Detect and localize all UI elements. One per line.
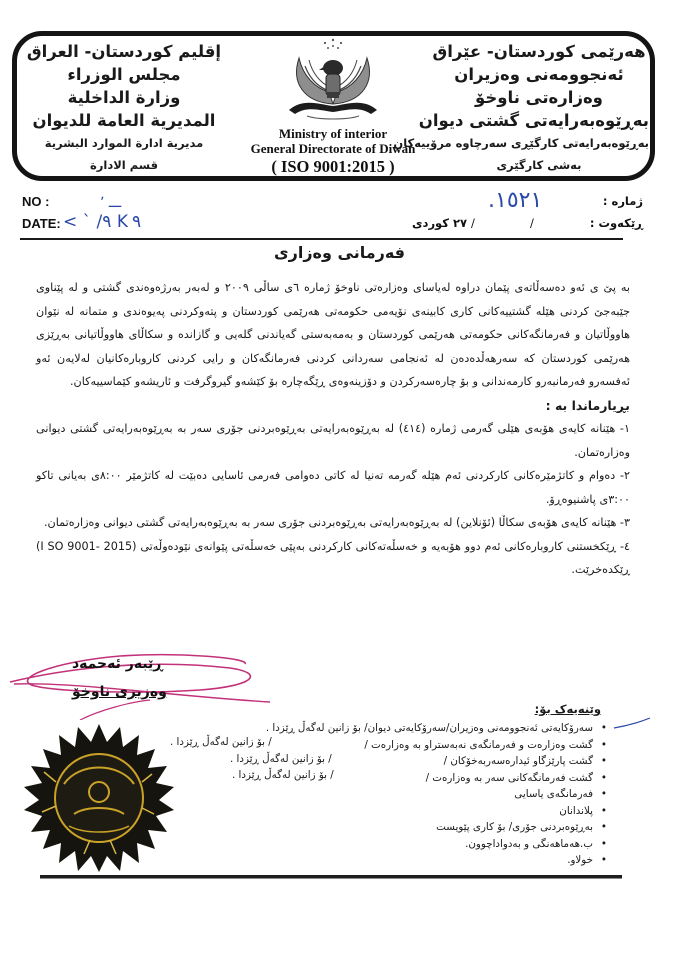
kurdistan-emblem-icon bbox=[273, 36, 393, 126]
header-divider bbox=[20, 238, 623, 240]
directorate-name-en: General Directorate of Diwan bbox=[238, 141, 428, 156]
admin-section-ku: بەشی کارگێری bbox=[429, 154, 649, 176]
ministry-ar: وزارة الداخلية bbox=[14, 86, 234, 109]
directorate-ku: بەڕێوەبەرایەتی گشتی دیوان bbox=[429, 109, 649, 132]
region-name-ar: إقليم كوردستان- العراق bbox=[14, 40, 234, 63]
cc-item: بەڕێوەبردنی جۆری/ بۆ کاری پێویست bbox=[266, 819, 607, 836]
gold-seal-icon bbox=[24, 722, 174, 872]
date-separator: / bbox=[530, 216, 534, 230]
number-label-ku: ژمارە : bbox=[603, 194, 643, 208]
cc-list: سەرۆکایەتی ئەنجوومەنی وەزیران/سەرۆکایەتی… bbox=[266, 720, 607, 869]
decree-body: بە پێ ی ئەو دەسەڵاتەی پێمان دراوە لەیاسا… bbox=[36, 276, 630, 582]
directorate-ar: المديرية العامة للديوان bbox=[14, 109, 234, 132]
cc-item: ب.هەماهەنگی و بەدواداچوون. bbox=[266, 836, 607, 853]
iso-certification: ( ISO 9001:2015 ) bbox=[238, 156, 428, 178]
decision-item-3: ٣- هێنانە کایەی هۆبەی سکاڵا (ئۆنلاین) لە… bbox=[36, 511, 630, 535]
ministry-ku: وەزارەتی ناوخۆ bbox=[429, 86, 649, 109]
cc-item: سەرۆکایەتی ئەنجوومەنی وەزیران/سەرۆکایەتی… bbox=[266, 720, 607, 737]
council-ku: ئەنجوومەنی وەزیران bbox=[429, 63, 649, 86]
letterhead-center: Ministry of interior General Directorate… bbox=[238, 36, 428, 178]
footer-divider bbox=[40, 875, 622, 878]
cc-note: / بۆ زانین لەگەڵ ڕێزدا . bbox=[170, 736, 272, 748]
date-label-ku: ڕێکەوت : bbox=[590, 216, 643, 230]
preamble-paragraph: بە پێ ی ئەو دەسەڵاتەی پێمان دراوە لەیاسا… bbox=[36, 276, 630, 394]
decision-item-4: ٤- ڕێکخستنی کاروبارەکانی ئەم دوو هۆبەیە … bbox=[36, 535, 630, 582]
signatory-title: وەزیری ناوخۆ bbox=[72, 684, 167, 700]
cc-item: فەرمانگەی یاسایی bbox=[266, 786, 607, 803]
decision-item-1: ١- هێنانە کایەی هۆبەی هێلی گەرمی ژمارە (… bbox=[36, 417, 630, 464]
cc-item: گشت وەزارەت و فەرمانگەی نەبەستراو بە وەز… bbox=[266, 737, 607, 754]
signatory-name: ڕێبەر ئەحمەد bbox=[72, 656, 163, 672]
cc-note: / بۆ زانین لەگەڵ ڕێزدا . bbox=[232, 769, 334, 781]
ministry-name-en: Ministry of interior bbox=[238, 126, 428, 141]
council-ar: مجلس الوزراء bbox=[14, 63, 234, 86]
kurdish-calendar-label: ٢٧ کوردی bbox=[412, 216, 467, 230]
signature-scribble-icon bbox=[0, 640, 280, 720]
handwritten-date: < ` /٩ K٩ bbox=[63, 212, 141, 232]
region-name-ku: هەرێمی کوردستان- عێراق bbox=[429, 40, 649, 63]
decision-heading: بڕیارماندا بە : bbox=[36, 394, 630, 418]
pen-stroke-icon bbox=[612, 716, 652, 732]
handwritten-date-top: ـــ ٬ bbox=[100, 195, 121, 211]
letterhead-kurdish: هەرێمی کوردستان- عێراق ئەنجوومەنی وەزیرا… bbox=[429, 40, 649, 176]
cc-item: پلاندانان bbox=[266, 803, 607, 820]
date-separator: / bbox=[471, 216, 475, 230]
hr-directorate-ar: مديرية ادارة الموارد البشرية bbox=[14, 132, 234, 154]
letterhead-arabic: إقليم كوردستان- العراق مجلس الوزراء وزار… bbox=[14, 40, 234, 176]
handwritten-number: ١٥٢١. bbox=[488, 188, 542, 213]
date-label: DATE: bbox=[22, 216, 61, 231]
no-label: NO : bbox=[22, 194, 49, 209]
document-title: فەرمانی وەزاری bbox=[0, 243, 679, 262]
admin-section-ar: قسم الادارة bbox=[14, 154, 234, 176]
decision-item-2: ٢- دەوام و کاتژمێرەکانی کارکردنی ئەم هێل… bbox=[36, 464, 630, 511]
cc-heading: وێنەیەک بۆ: bbox=[535, 702, 601, 716]
ministerial-decree-page: هەرێمی کوردستان- عێراق ئەنجوومەنی وەزیرا… bbox=[0, 0, 679, 960]
cc-item: خولاو. bbox=[266, 852, 607, 869]
cc-note: / بۆ زانین لەگەڵ ڕێزدا . bbox=[230, 753, 332, 765]
hr-directorate-ku: بەڕێوەبەرایەتی کارگێڕی سەرچاوە مرۆییەکان bbox=[429, 132, 649, 154]
